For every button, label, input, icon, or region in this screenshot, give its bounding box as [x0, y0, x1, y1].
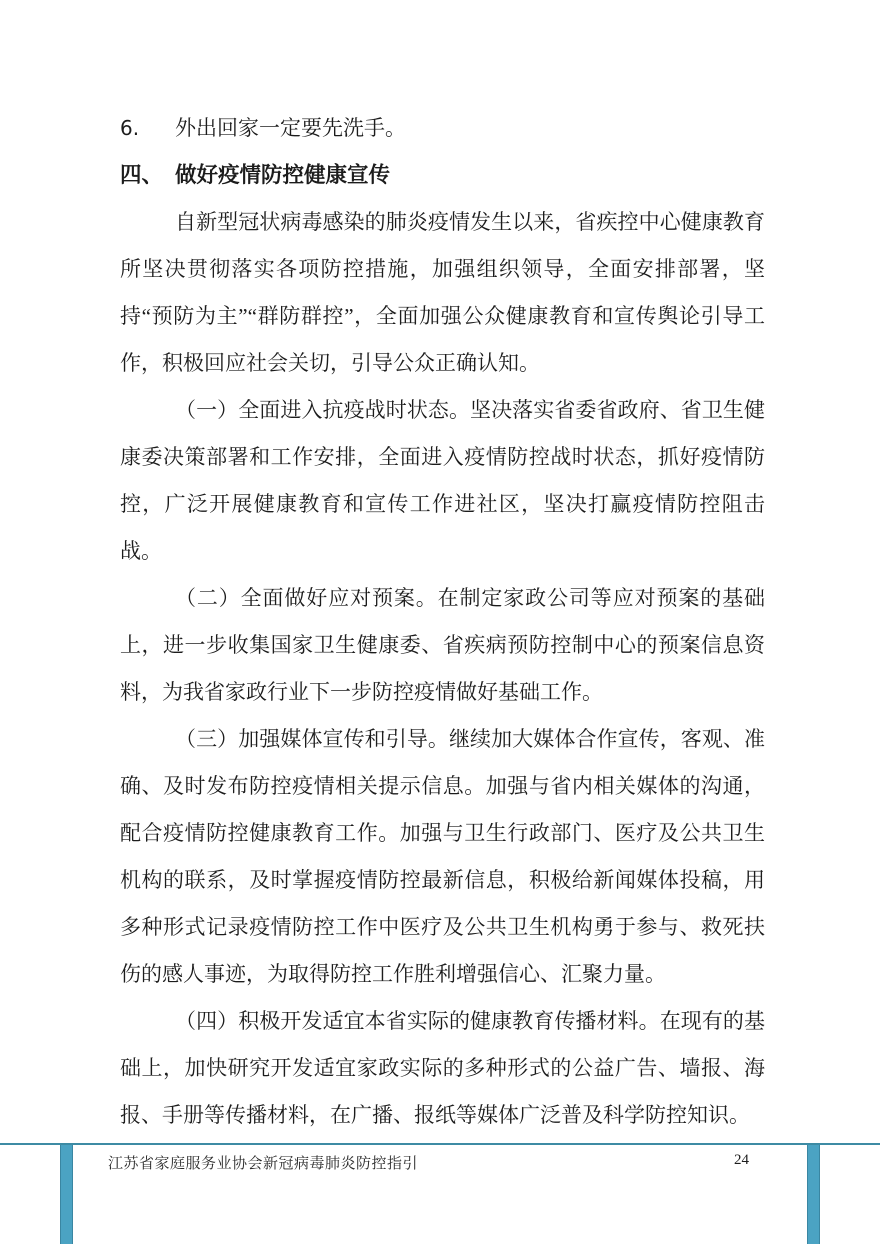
section-title: 做好疫情防控健康宣传	[175, 163, 390, 187]
section-heading: 四、做好疫情防控健康宣传	[120, 152, 765, 199]
right-accent-bar	[807, 1145, 820, 1244]
body-paragraph-item3: （三）加强媒体宣传和引导。继续加大媒体合作宣传，客观、准确、及时发布防控疫情相关…	[120, 716, 765, 998]
page-content: 6.外出回家一定要先洗手。 四、做好疫情防控健康宣传 自新型冠状病毒感染的肺炎疫…	[120, 105, 765, 1139]
body-paragraph-intro: 自新型冠状病毒感染的肺炎疫情发生以来，省疾控中心健康教育所坚决贯彻落实各项防控措…	[120, 199, 765, 387]
page-number: 24	[734, 1152, 749, 1169]
list-item-number: 6.	[120, 105, 175, 152]
list-item-text: 外出回家一定要先洗手。	[175, 116, 406, 140]
body-paragraph-item4: （四）积极开发适宜本省实际的健康教育传播材料。在现有的基础上，加快研究开发适宜家…	[120, 998, 765, 1139]
body-paragraph-item2: （二）全面做好应对预案。在制定家政公司等应对预案的基础上，进一步收集国家卫生健康…	[120, 575, 765, 716]
footer-document-title: 江苏省家庭服务业协会新冠病毒肺炎防控指引	[108, 1152, 418, 1173]
left-accent-bar	[60, 1145, 73, 1244]
section-number: 四、	[120, 152, 175, 199]
document-page: 6.外出回家一定要先洗手。 四、做好疫情防控健康宣传 自新型冠状病毒感染的肺炎疫…	[0, 0, 880, 1244]
footer-divider-line	[0, 1143, 880, 1145]
body-paragraph-item1: （一）全面进入抗疫战时状态。坚决落实省委省政府、省卫生健康委决策部署和工作安排，…	[120, 387, 765, 575]
numbered-list-item: 6.外出回家一定要先洗手。	[120, 105, 765, 152]
